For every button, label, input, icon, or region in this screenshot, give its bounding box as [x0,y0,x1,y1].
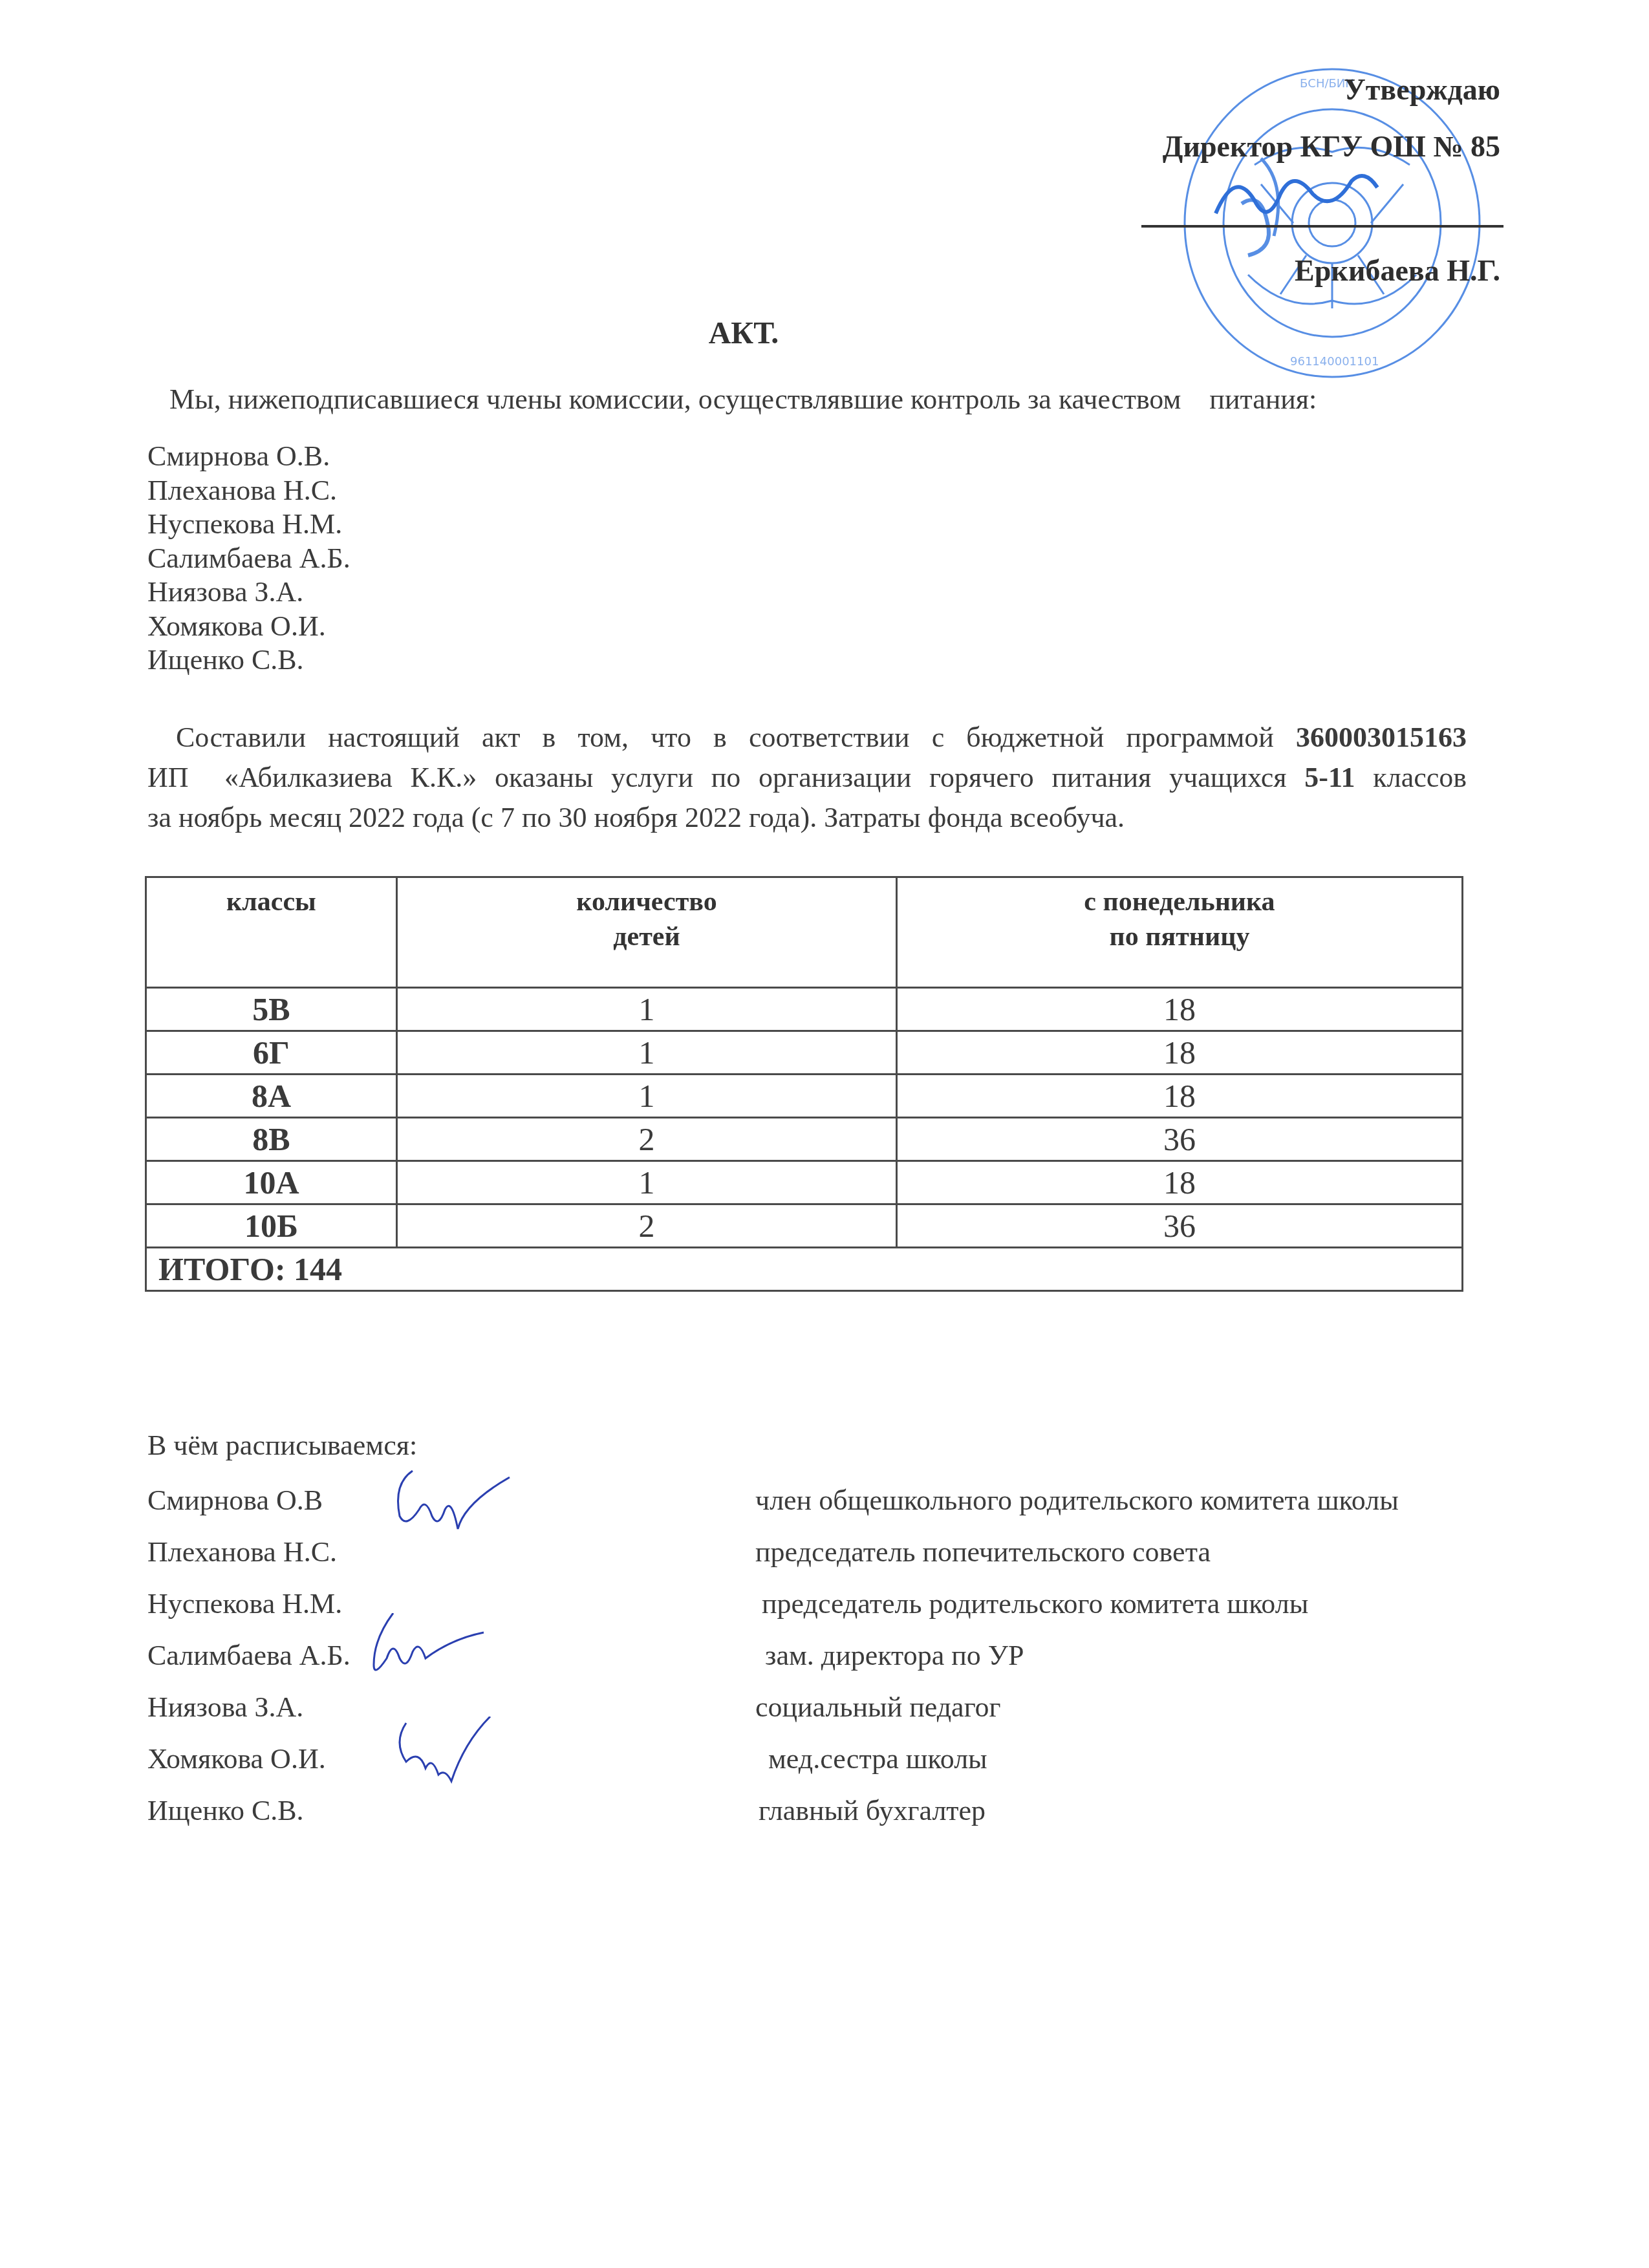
table-header-row: классы количестводетей с понедельникапо … [146,877,1463,988]
director-signature-icon [1203,162,1384,239]
class-cell: 10Б [146,1204,397,1248]
commission-members-list: Смирнова О.В. Плеханова Н.С. Нуспекова Н… [147,440,350,678]
signatory-name: Плеханова Н.С. [147,1535,337,1568]
paragraph-text: за ноябрь месяц 2022 года (с 7 по 30 ноя… [147,802,1125,833]
class-cell: 5В [146,988,397,1031]
meals-table: классы количестводетей с понедельникапо … [145,876,1463,1292]
days-cell: 18 [897,1031,1463,1075]
signatory-name: Хомякова О.И. [147,1742,326,1775]
signatory-role: социальный педагог [755,1691,1001,1724]
days-cell: 18 [897,1161,1463,1204]
signatory-name: Ищенко С.В. [147,1794,304,1827]
total-cell: ИТОГО: 144 [146,1248,1463,1291]
document-title: АКТ. [0,316,1487,351]
signatory-role: зам. директора по УР [765,1639,1024,1672]
signatory-name: Салимбаева А.Б. [147,1639,350,1672]
header-classes: классы [146,877,397,988]
signature-row: Смирнова О.Вчлен общешкольного родительс… [147,1484,1505,1523]
table-row: 8В236 [146,1118,1463,1161]
paragraph-text: Составили настоящий акт в том, что в соо… [176,722,1274,753]
table-row: 8А118 [146,1075,1463,1118]
grade-range: 5-11 [1304,762,1355,793]
signature-row: Нуспекова Н.М.председатель родительского… [147,1587,1505,1626]
member-name: Плеханова Н.С. [147,474,350,508]
member-name: Ищенко С.В. [147,643,350,678]
signatory-name: Ниязова З.А. [147,1691,303,1724]
signature-row: Хомякова О.И.мед.сестра школы [147,1742,1505,1781]
class-cell: 6Г [146,1031,397,1075]
class-cell: 10А [146,1161,397,1204]
budget-program-number: 360003015163 [1296,722,1467,753]
signatory-name: Нуспекова Н.М. [147,1587,342,1620]
signatory-role: председатель попечительского совета [755,1535,1211,1568]
director-name: Еркибаева Н.Г. [1295,253,1500,288]
signatory-role: главный бухгалтер [759,1794,986,1827]
member-name: Хомякова О.И. [147,610,350,644]
member-name: Ниязова З.А. [147,575,350,610]
table-row: 10Б236 [146,1204,1463,1248]
table-row: 6Г118 [146,1031,1463,1075]
intro-text: Мы, нижеподписавшиеся члены комиссии, ос… [169,383,1317,416]
member-name: Нуспекова Н.М. [147,508,350,542]
signature-row: Салимбаева А.Б.зам. директора по УР [147,1639,1505,1678]
children-count-cell: 1 [397,1075,897,1118]
act-body-paragraph: Составили настоящий акт в том, что в соо… [147,718,1467,838]
children-count-cell: 1 [397,988,897,1031]
member-name: Смирнова О.В. [147,440,350,474]
children-count-cell: 2 [397,1118,897,1161]
signatory-role: член общешкольного родительского комитет… [755,1484,1399,1517]
header-children-count: количестводетей [397,877,897,988]
approval-label: Утверждаю [1344,72,1500,107]
signatures-heading: В чём расписываемся: [147,1429,417,1462]
header-days: с понедельникапо пятницу [897,877,1463,988]
handwritten-signature-icon [387,1717,555,1794]
member-name: Салимбаева А.Б. [147,542,350,576]
svg-text:961140001101: 961140001101 [1290,355,1379,369]
table-row: 10А118 [146,1161,1463,1204]
days-cell: 18 [897,1075,1463,1118]
days-cell: 36 [897,1204,1463,1248]
children-count-cell: 1 [397,1161,897,1204]
signature-row: Ищенко С.В.главный бухгалтер [147,1794,1505,1833]
days-cell: 18 [897,988,1463,1031]
signature-row: Плеханова Н.С.председатель попечительско… [147,1535,1505,1574]
signature-row: Ниязова З.А.социальный педагог [147,1691,1505,1729]
children-count-cell: 1 [397,1031,897,1075]
paragraph-text: классов [1373,762,1467,793]
handwritten-signature-icon [387,1458,555,1535]
days-cell: 36 [897,1118,1463,1161]
table-total-row: ИТОГО: 144 [146,1248,1463,1291]
signatory-name: Смирнова О.В [147,1484,323,1517]
handwritten-signature-icon [361,1613,529,1691]
paragraph-text: ИП «Абилказиева К.К.» оказаны услуги по … [147,762,1287,793]
class-cell: 8А [146,1075,397,1118]
signatory-role: председатель родительского комитета школ… [762,1587,1308,1620]
director-position: Директор КГУ ОШ № 85 [1163,129,1500,164]
table-row: 5В118 [146,988,1463,1031]
class-cell: 8В [146,1118,397,1161]
children-count-cell: 2 [397,1204,897,1248]
signatory-role: мед.сестра школы [768,1742,987,1775]
